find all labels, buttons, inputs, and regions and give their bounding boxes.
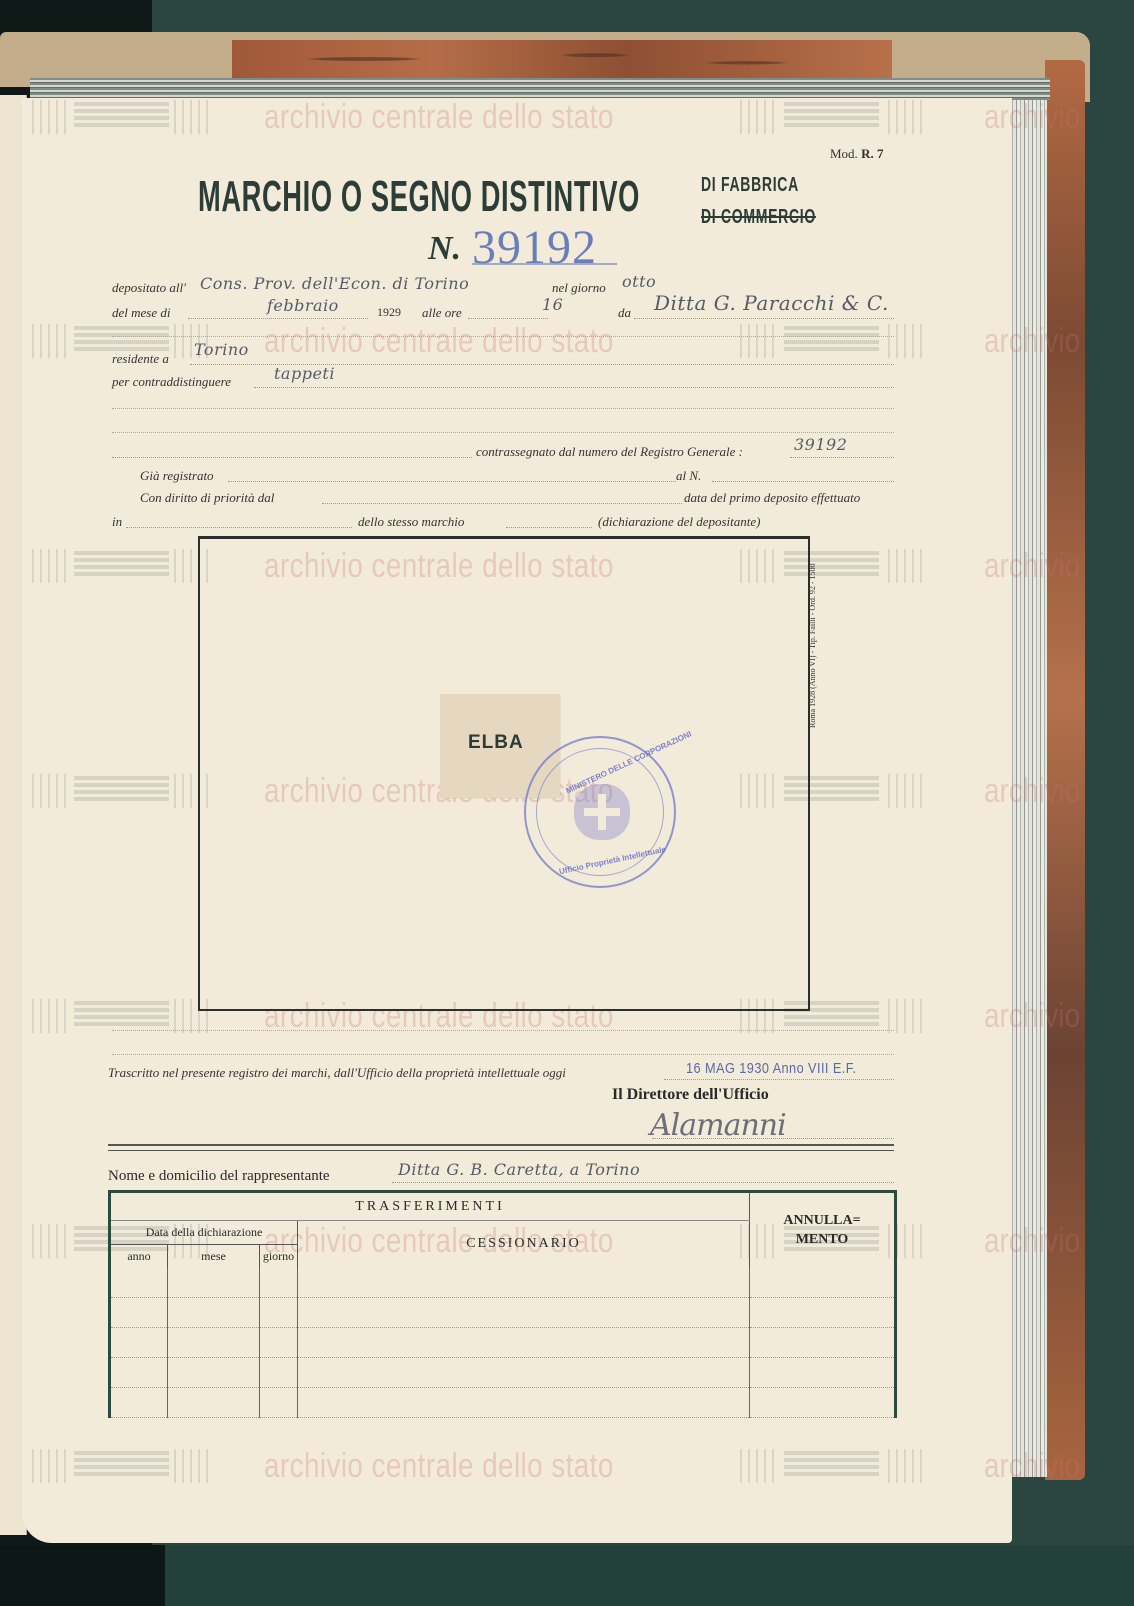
primo-deposito-label: data del primo deposito effettuato — [684, 490, 860, 506]
transfers-title: TRASFERIMENTI — [110, 1192, 750, 1221]
ore-label: alle ore — [422, 305, 462, 321]
anno-value: 1929 — [377, 305, 401, 320]
table-row — [110, 1357, 896, 1387]
director-signature: Alamanni — [650, 1108, 786, 1143]
watermark-text: archivio centrale dello stato — [264, 98, 614, 137]
title-suffix-fabbrica: DI FABBRICA — [701, 174, 799, 197]
table-row — [110, 1387, 896, 1417]
table-row — [110, 1297, 896, 1327]
section-divider — [108, 1144, 894, 1151]
page-edges-top — [30, 78, 1050, 100]
da-value: Ditta G. Paracchi & C. — [654, 291, 889, 315]
giorno-label: nel giorno — [552, 280, 606, 296]
watermark-row: archivio centrale dello stato archivio — [22, 98, 1132, 138]
cessionario-header: CESSIONARIO — [298, 1221, 750, 1268]
giorno-header: giorno — [260, 1244, 298, 1267]
representative-label: Nome e domicilio del rappresentante — [108, 1168, 330, 1185]
gia-registrato-label: Già registrato — [140, 468, 214, 484]
representative-value: Ditta G. B. Caretta, a Torino — [398, 1160, 640, 1179]
book-cover-right — [1045, 60, 1085, 1480]
annullamento-header: ANNULLA= MENTO — [750, 1192, 896, 1268]
page-title: MARCHIO O SEGNO DISTINTIVO — [198, 172, 640, 222]
background-dark-bottom — [0, 1545, 165, 1606]
anno-header: anno — [110, 1244, 168, 1267]
contraddistinguere-value: tappeti — [274, 364, 335, 383]
trademark-text: ELBA — [468, 732, 524, 754]
ministry-seal-stamp: MINISTERO DELLE CORPORAZIONI Ufficio Pro… — [524, 736, 676, 888]
mese-value: febbraio — [267, 296, 339, 315]
dichiarazione-label: (dichiarazione del depositante) — [598, 514, 760, 530]
savoy-cross-emblem-icon — [574, 784, 630, 840]
al-n-label: al N. — [676, 468, 701, 484]
residente-label: residente a — [112, 351, 169, 367]
transcription-date-stamp: 16 MAG 1930 Anno VIII E.F. — [686, 1060, 857, 1077]
ore-value: 16 — [542, 295, 563, 314]
table-row — [110, 1268, 896, 1298]
register-page: archivio centrale dello stato archivio a… — [22, 98, 1012, 1543]
form-code: Mod. R. 7 — [830, 146, 883, 162]
transcription-label: Trascritto nel presente registro dei mar… — [108, 1065, 566, 1081]
book-leather-top — [232, 40, 892, 78]
mese-label: del mese di — [112, 305, 170, 321]
depositato-value: Cons. Prov. dell'Econ. di Torino — [200, 274, 469, 293]
watermark-row: archivio centrale dello stato archivio — [22, 1447, 1132, 1487]
watermark-text: archivio centrale dello stato — [264, 322, 614, 361]
mese-header: mese — [168, 1244, 260, 1267]
registro-label: contrassegnato dal numero del Registro G… — [476, 444, 743, 460]
data-dichiarazione-header: Data della dichiarazione — [110, 1221, 298, 1245]
residente-value: Torino — [194, 340, 249, 359]
giorno-value: otto — [622, 272, 656, 291]
depositato-label: depositato all' — [112, 280, 186, 296]
contraddistinguere-label: per contraddistinguere — [112, 374, 231, 390]
printer-note: Roma 1928 (Anno VI) - Tip. Failli - Ord.… — [808, 563, 817, 728]
director-label: Il Direttore dell'Ufficio — [612, 1086, 769, 1104]
registration-number-stamp: 39192 — [472, 220, 597, 275]
title-suffix-commercio-struck: DI COMMERCIO — [701, 206, 816, 229]
table-row — [110, 1327, 896, 1357]
stesso-marchio-label: dello stesso marchio — [358, 514, 464, 530]
da-label: da — [618, 305, 631, 321]
transfers-table: TRASFERIMENTI ANNULLA= MENTO Data della … — [108, 1190, 897, 1418]
watermark-text: archivio centrale dello stato — [264, 1447, 614, 1486]
number-prefix: N. — [428, 230, 461, 268]
watermark-row: archivio centrale dello stato archivio — [22, 322, 1132, 362]
registro-value: 39192 — [794, 435, 847, 454]
in-label: in — [112, 514, 122, 530]
priorita-label: Con diritto di priorità dal — [140, 490, 274, 506]
background-table-bottom — [0, 1545, 1134, 1606]
